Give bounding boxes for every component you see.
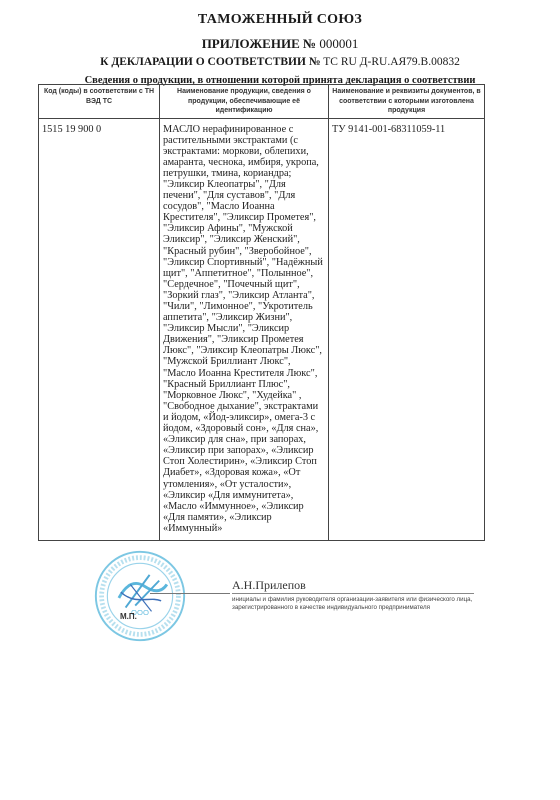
- column-header-document: Наименование и реквизиты документов, в с…: [329, 85, 485, 119]
- appendix-title: ПРИЛОЖЕНИЕ № 000001: [0, 36, 560, 52]
- table-row: 1515 19 900 0 МАСЛО нерафинированное с р…: [39, 118, 485, 540]
- column-header-code: Код (коды) в соответствии с ТН ВЭД ТС: [39, 85, 160, 119]
- stamp-label: М.П.: [120, 612, 137, 621]
- declaration-number: ТС RU Д-RU.АЯ79.В.00832: [323, 56, 460, 68]
- cell-code: 1515 19 900 0: [39, 118, 160, 540]
- table-header-row: Код (коды) в соответствии с ТН ВЭД ТС На…: [39, 85, 485, 119]
- signer-name: А.Н.Прилепов: [232, 578, 306, 593]
- appendix-number: 000001: [319, 36, 358, 51]
- signer-underline: [232, 593, 474, 594]
- signature-line: [150, 593, 230, 594]
- cell-product: МАСЛО нерафинированное с растительными э…: [160, 118, 329, 540]
- product-table: Код (коды) в соответствии с ТН ВЭД ТС На…: [38, 84, 485, 541]
- column-header-product: Наименование продукции, сведения о проду…: [160, 85, 329, 119]
- signer-caption: инициалы и фамилия руководителя организа…: [232, 596, 482, 612]
- union-title: ТАМОЖЕННЫЙ СОЮЗ: [0, 12, 560, 28]
- cell-document: ТУ 9141-001-68311059-11: [329, 118, 485, 540]
- seal-stamp-icon: ООО: [92, 548, 188, 644]
- declaration-label: К ДЕКЛАРАЦИИ О СООТВЕТСТВИИ №: [100, 56, 320, 68]
- declaration-title: К ДЕКЛАРАЦИИ О СООТВЕТСТВИИ № ТС RU Д-RU…: [0, 56, 560, 68]
- appendix-label: ПРИЛОЖЕНИЕ №: [202, 36, 316, 51]
